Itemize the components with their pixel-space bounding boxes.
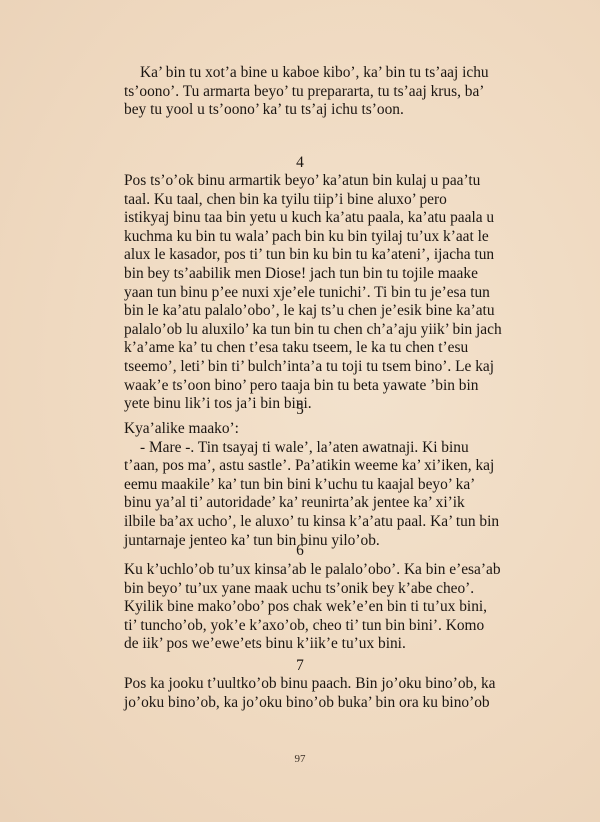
text-line: - Mare -. Tin tsayaj ti wale’, la’aten a… [124, 439, 524, 458]
text-line: tseemo’, leti’ bin ti’ bulch’inta’a tu t… [124, 358, 524, 377]
section-number-7: 7 [0, 657, 600, 675]
text-line: k’a’ame ka’ tu chen t’esa taku tseem, le… [124, 339, 524, 358]
text-line: bey tu yool u ts’oono’ ka’ tu ts’aj ichu… [124, 101, 524, 120]
section-7-paragraph: Pos ka jooku t’uultko’ob binu paach. Bin… [124, 675, 524, 712]
text-line: kuchma ku bin tu wala’ pach bin ku bin t… [124, 228, 524, 247]
text-line: taal. Ku taal, chen bin ka tyilu tiip’i … [124, 191, 524, 210]
section-number-6: 6 [0, 542, 600, 560]
text-line: palalo’ob lu aluxilo’ ka tun bin tu chen… [124, 321, 524, 340]
text-line: ti’ tuncho’ob, yok’e k’axo’ob, cheo ti’ … [124, 617, 524, 636]
text-line: Kya’alike maako’: [124, 420, 524, 439]
text-line: t’aan, pos ma’, astu sastle’. Pa’atikin … [124, 457, 524, 476]
text-line: bin bey ts’aabilik men Diose! jach tun b… [124, 265, 524, 284]
intro-paragraph: Ka’ bin tu xot’a bine u kaboe kibo’, ka’… [124, 64, 524, 120]
text-line: bin le ka’atu palalo’obo’, le kaj ts’u c… [124, 302, 524, 321]
section-4-paragraph: Pos ts’o’ok binu armartik beyo’ ka’atun … [124, 172, 524, 414]
text-line: yaan tun binu p’ee nuxi xje’ele tunichi’… [124, 284, 524, 303]
text-line: ilbile ba’ax ucho’, le aluxo’ tu kinsa k… [124, 513, 524, 532]
text-line: alux le kasador, pos ti’ tun bin ku bin … [124, 246, 524, 265]
text-line: de iik’ pos we’ewe’ets binu k’iik’e tu’u… [124, 635, 524, 654]
section-6-paragraph: Ku k’uchlo’ob tu’ux kinsa’ab le palalo’o… [124, 561, 524, 654]
text-line: istikyaj binu taa bin yetu u kuch ka’atu… [124, 209, 524, 228]
section-number-4: 4 [0, 154, 600, 172]
text-line: waak’e ts’oon bino’ pero taaja bin tu be… [124, 377, 524, 396]
text-line: Pos ts’o’ok binu armartik beyo’ ka’atun … [124, 172, 524, 191]
text-line: eemu maakile’ ka’ tun bin bini k’uchu tu… [124, 476, 524, 495]
section-5-paragraph: Kya’alike maako’: - Mare -. Tin tsayaj t… [124, 420, 524, 550]
text-line: Kyilik bine mako’obo’ pos chak wek’e’en … [124, 598, 524, 617]
text-line: Ku k’uchlo’ob tu’ux kinsa’ab le palalo’o… [124, 561, 524, 580]
text-line: jo’oku bino’ob, ka jo’oku bino’ob buka’ … [124, 694, 524, 713]
page-number: 97 [0, 753, 600, 765]
book-page: Ka’ bin tu xot’a bine u kaboe kibo’, ka’… [0, 0, 600, 822]
section-number-5: 5 [0, 401, 600, 419]
text-line: Pos ka jooku t’uultko’ob binu paach. Bin… [124, 675, 524, 694]
text-line: Ka’ bin tu xot’a bine u kaboe kibo’, ka’… [124, 64, 524, 83]
text-line: ts’oono’. Tu armarta beyo’ tu prepararta… [124, 83, 524, 102]
text-line: binu ya’al ti’ autoridade’ ka’ reunirta’… [124, 494, 524, 513]
text-line: bin beyo’ tu’ux yane maak uchu ts’onik b… [124, 580, 524, 599]
